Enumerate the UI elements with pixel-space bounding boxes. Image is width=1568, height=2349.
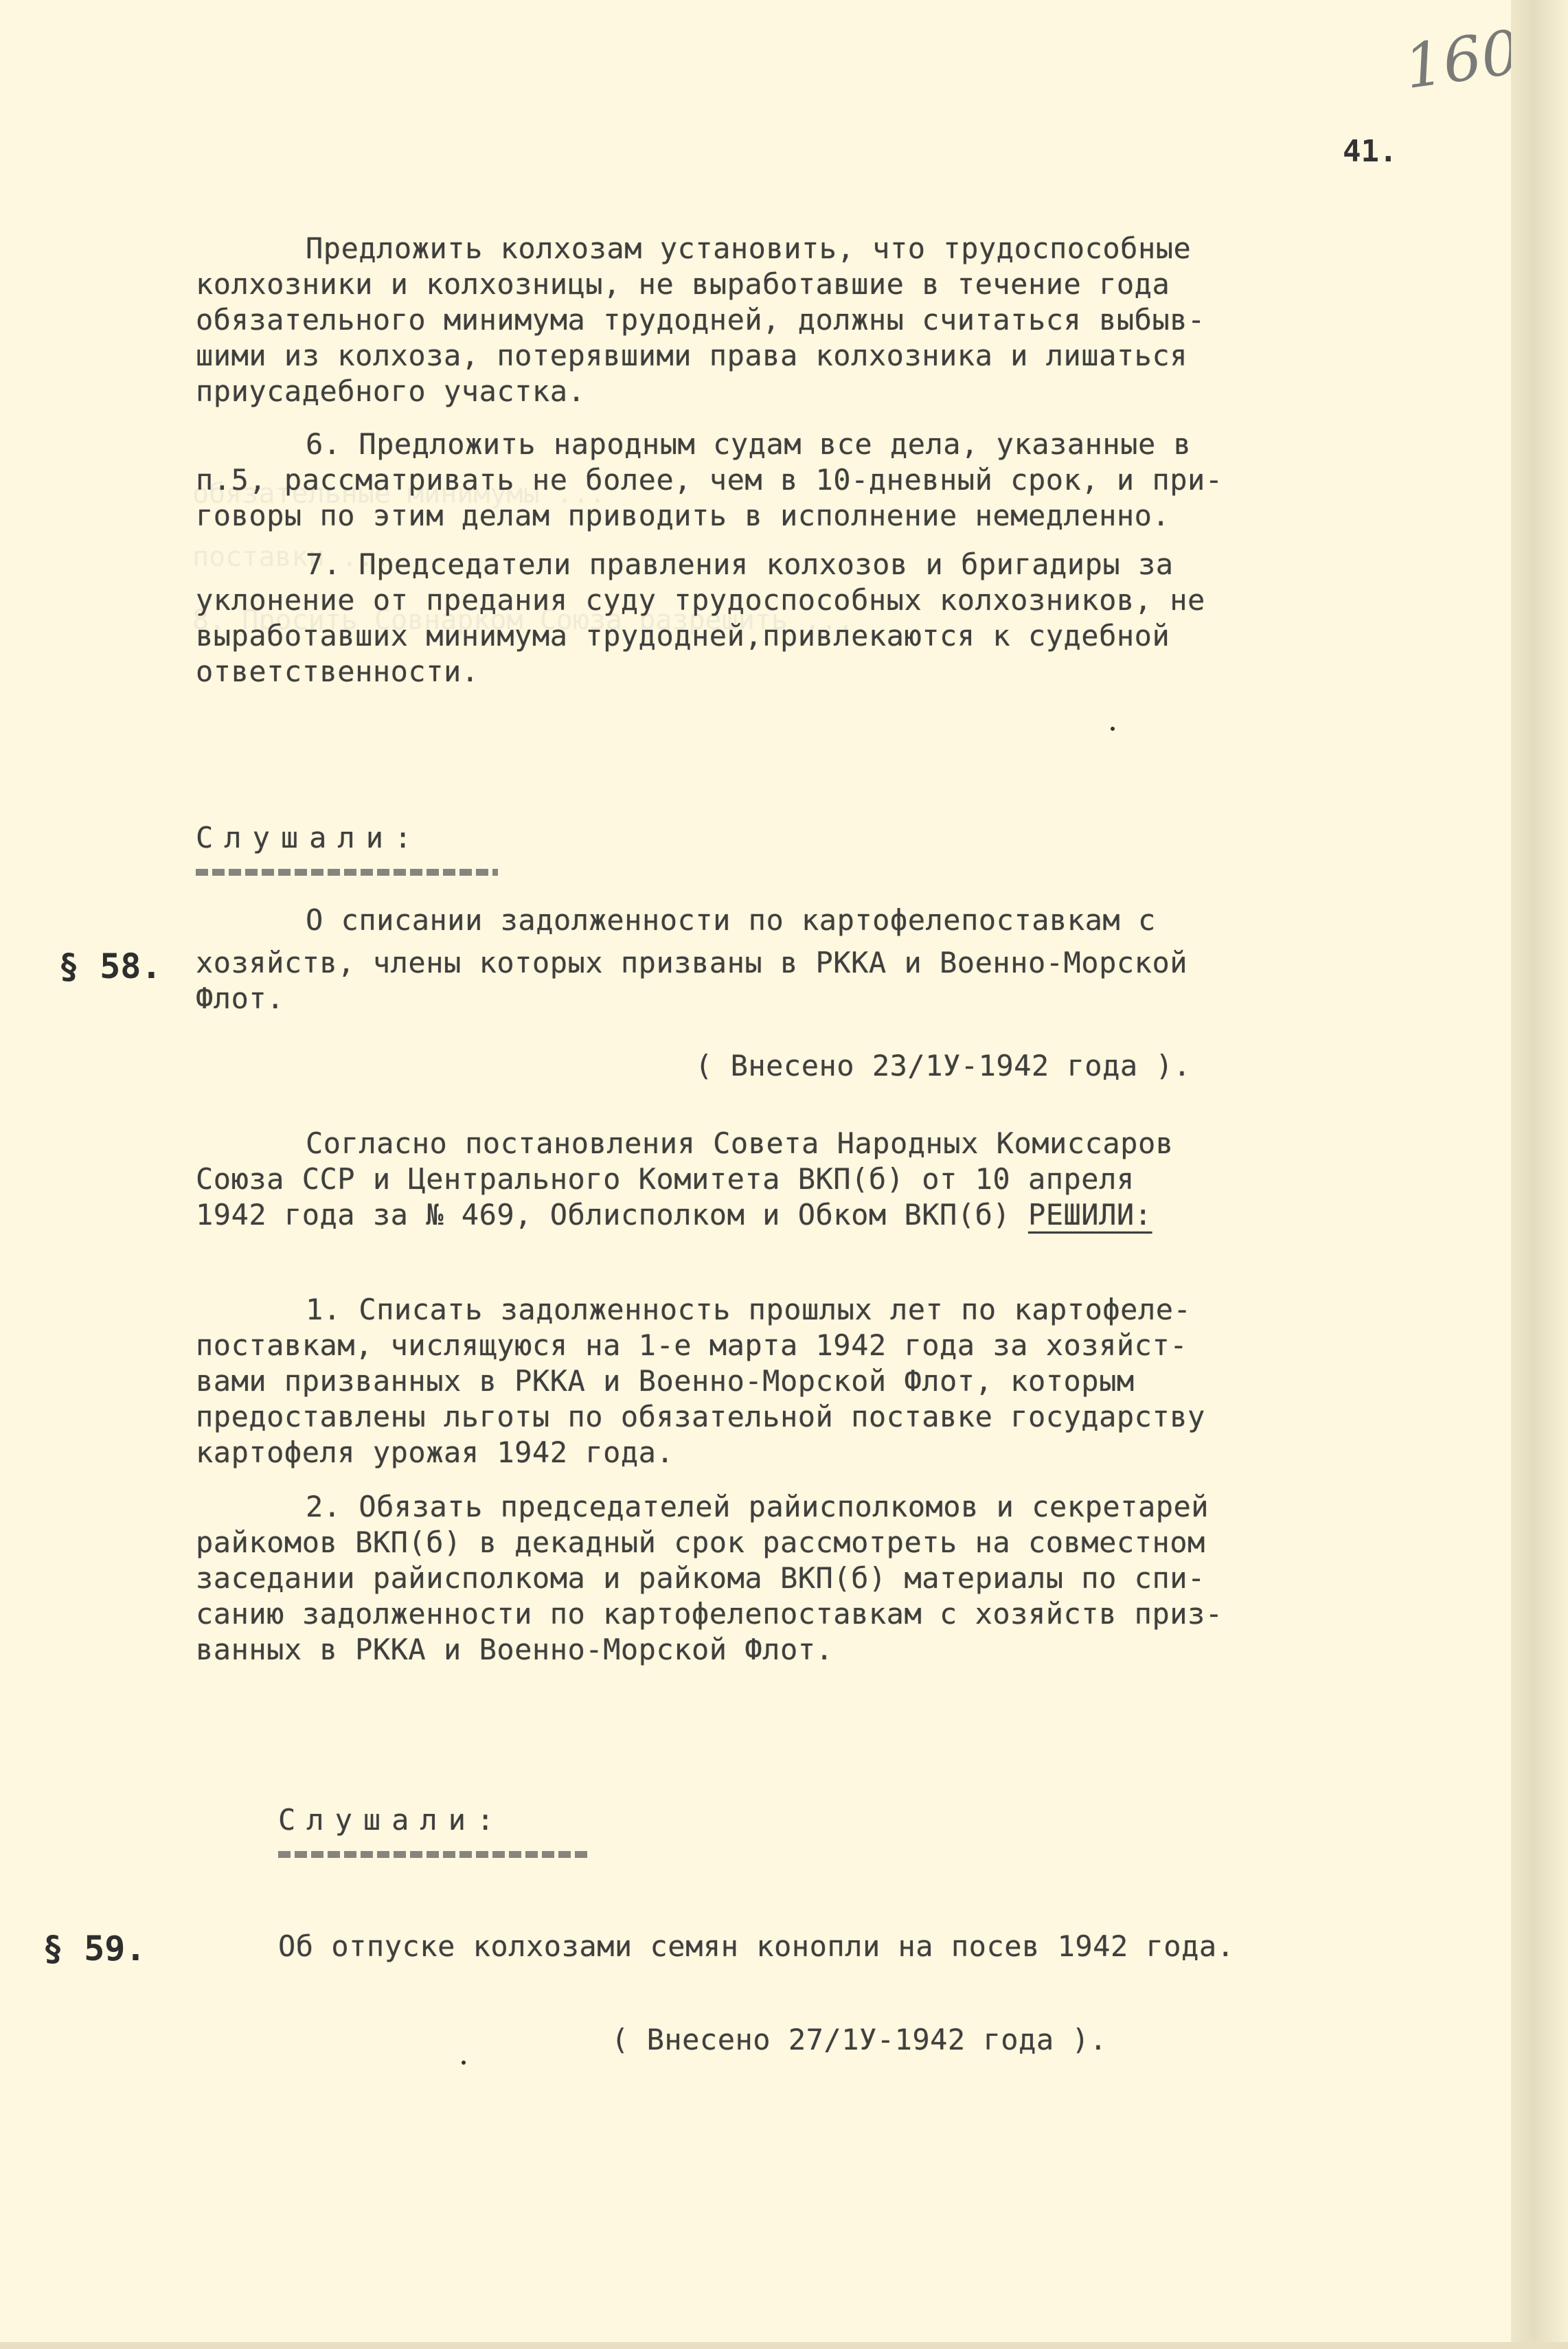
submitted-date: ( Внесено 27/1У-1942 года ).: [611, 2025, 1107, 2055]
resolved-label: РЕШИЛИ:: [1028, 1198, 1152, 1232]
section-number: § 59.: [43, 1929, 146, 1968]
double-underline: [196, 869, 498, 876]
ink-speck: [1111, 727, 1115, 731]
double-underline: [278, 1851, 587, 1858]
section-heading: Слушали:: [278, 1805, 505, 1835]
page-number: 41.: [1343, 134, 1397, 169]
page-bottom-edge: [0, 2342, 1568, 2349]
section-number: § 58.: [58, 946, 162, 986]
archive-folio-number: 160: [1400, 16, 1525, 102]
section-heading: Слушали:: [196, 823, 422, 853]
ink-speck: [462, 2061, 466, 2065]
document-page: обязательные минимумы ... поставки ... 8…: [0, 0, 1511, 2342]
submitted-date: ( Внесено 23/1У-1942 года ).: [695, 1051, 1191, 1081]
page-edge: [1511, 0, 1568, 2349]
